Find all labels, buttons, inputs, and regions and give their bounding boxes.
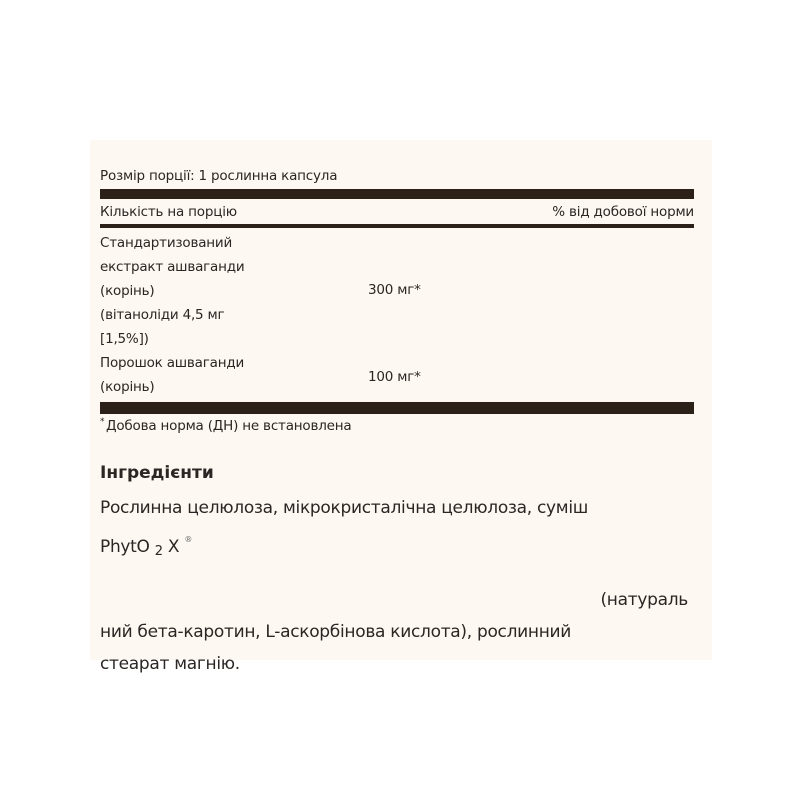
ingredients-text: Рослинна целюлоза, мікрокристалічна целю… xyxy=(100,492,700,680)
ingredient-amount: 100 мг* xyxy=(368,365,421,389)
table-header: Кількість на порцію % від добової норми xyxy=(100,199,694,224)
name-line: (вітаноліди 4,5 мг xyxy=(100,303,300,327)
table-row: Стандартизований екстракт ашваганди (кор… xyxy=(100,228,694,351)
ingredients-section: Інгредієнти Рослинна целюлоза, мікрокрис… xyxy=(100,458,700,680)
brand-suffix: X xyxy=(168,537,179,557)
ingredient-name: Порошок ашваганди (корінь) xyxy=(100,351,300,399)
name-line: (корінь) xyxy=(100,375,300,399)
brand-name: PhytO 2 X xyxy=(100,537,179,557)
divider-thick xyxy=(100,189,694,199)
supplement-facts-table: Розмір порції: 1 рослинна капсула Кількі… xyxy=(100,166,694,438)
name-line: (корінь) xyxy=(100,279,300,303)
footnote-mark: * xyxy=(100,410,104,434)
footnote: * Добова норма (ДН) не встановлена xyxy=(100,414,694,438)
brand-prefix: PhytO xyxy=(100,537,150,557)
ingredients-title: Інгредієнти xyxy=(100,458,700,488)
name-line: [1,5%]) xyxy=(100,327,300,351)
registered-mark: ® xyxy=(184,535,192,544)
name-line: Стандартизований xyxy=(100,231,300,255)
serving-size: Розмір порції: 1 рослинна капсула xyxy=(100,166,694,188)
amount-per-serving-label: Кількість на порцію xyxy=(100,204,237,220)
ingredients-line: Рослинна целюлоза, мікрокристалічна целю… xyxy=(100,492,700,524)
brand-subscript: 2 xyxy=(155,544,163,559)
ingredient-amount: 300 мг* xyxy=(368,278,421,302)
ingredients-line: ний бета-каротин, L-аскорбінова кислота)… xyxy=(100,616,700,648)
ingredients-line: (натураль xyxy=(100,584,700,616)
divider-bottom xyxy=(100,402,694,414)
footnote-text: Добова норма (ДН) не встановлена xyxy=(106,418,351,434)
name-line: екстракт ашваганди xyxy=(100,255,300,279)
ingredients-brand-line: PhytO 2 X ® xyxy=(100,524,700,568)
table-row: Порошок ашваганди (корінь) 100 мг* xyxy=(100,351,694,402)
ingredient-name: Стандартизований екстракт ашваганди (кор… xyxy=(100,231,300,351)
name-line: Порошок ашваганди xyxy=(100,351,300,375)
daily-value-label: % від добової норми xyxy=(552,204,694,220)
ingredients-line: стеарат магнію. xyxy=(100,648,700,680)
